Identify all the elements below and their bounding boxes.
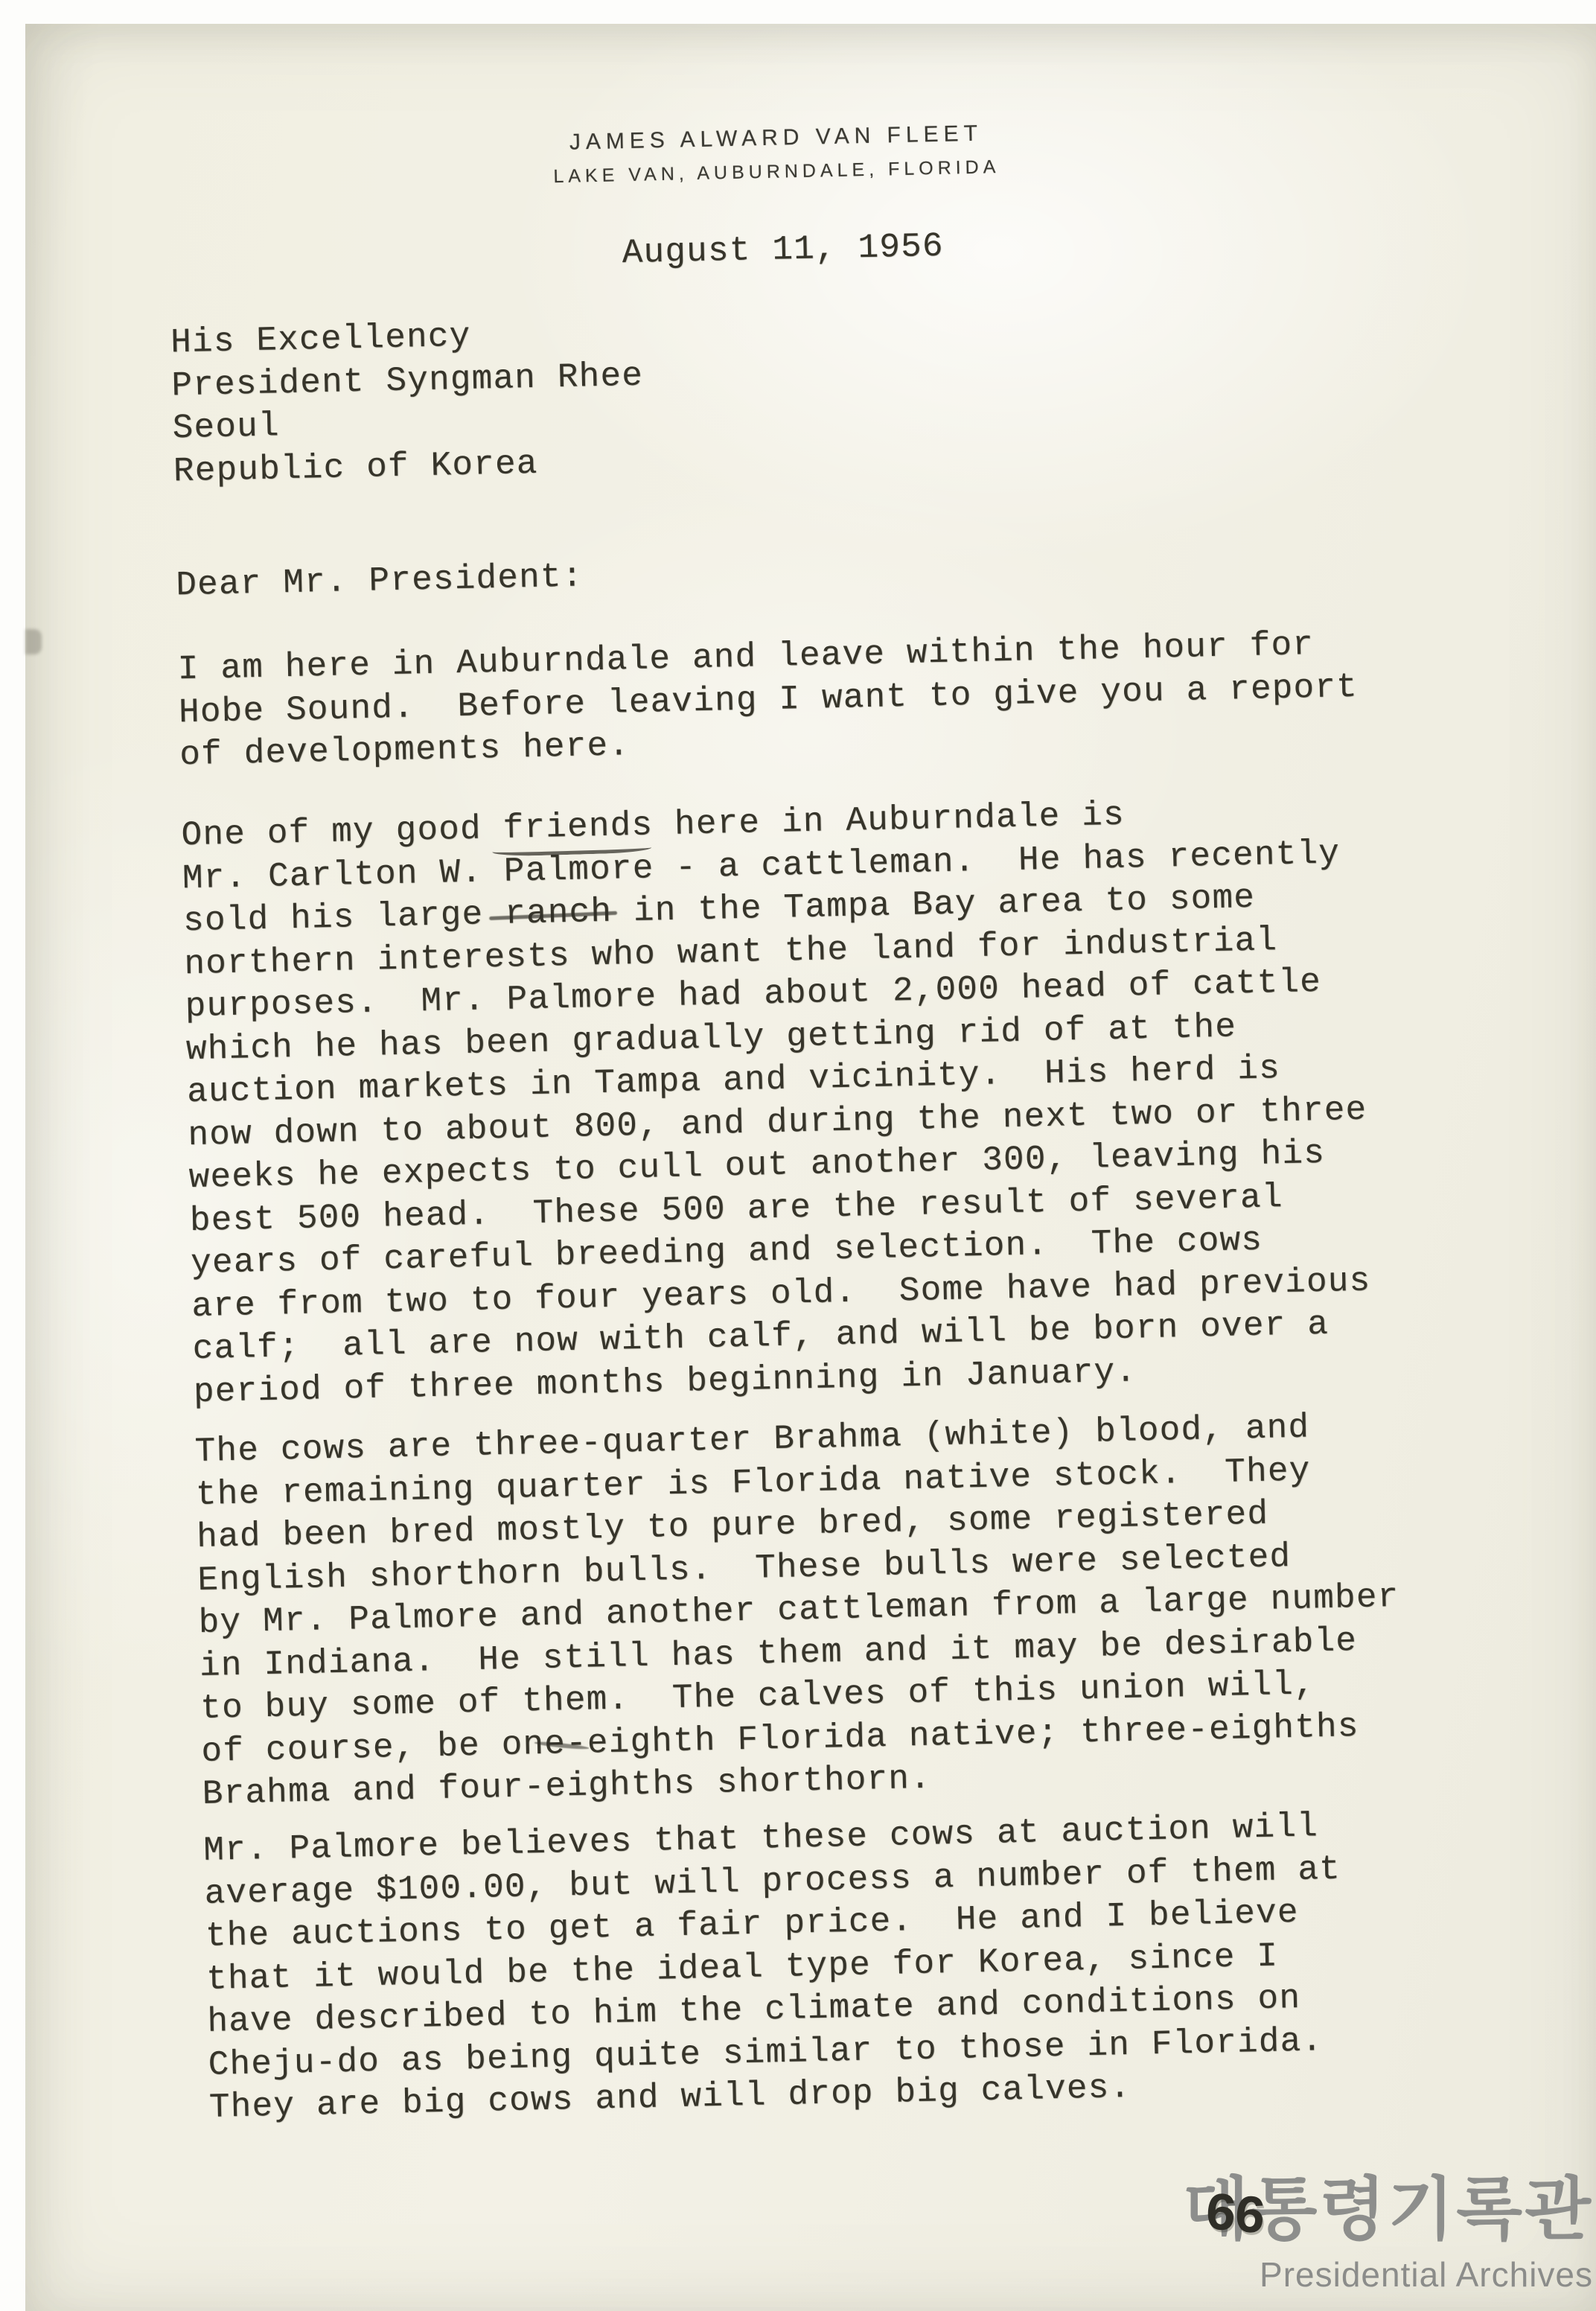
letterhead: JAMES ALWARD VAN FLEET LAKE VAN, AUBURND…	[0, 108, 1574, 200]
paragraph-1: I am here in Auburndale and leave within…	[177, 623, 1359, 777]
paragraph-4: Mr. Palmore believes that these cows at …	[203, 1805, 1346, 2130]
letter-content: JAMES ALWARD VAN FLEET LAKE VAN, AUBURND…	[0, 0, 1596, 2311]
recipient-address-block: His Excellency President Syngman Rhee Se…	[170, 312, 646, 494]
scanned-letter-page: JAMES ALWARD VAN FLEET LAKE VAN, AUBURND…	[0, 0, 1596, 2311]
page-number-stamp: 66	[1202, 2184, 1265, 2250]
letter-date: August 11, 1956	[622, 226, 944, 275]
paragraph-2: One of my good friends here in Auburndal…	[181, 789, 1373, 1414]
paragraph-3: The cows are three-quarter Brahma (white…	[194, 1405, 1403, 1817]
salutation: Dear Mr. President:	[176, 555, 584, 607]
